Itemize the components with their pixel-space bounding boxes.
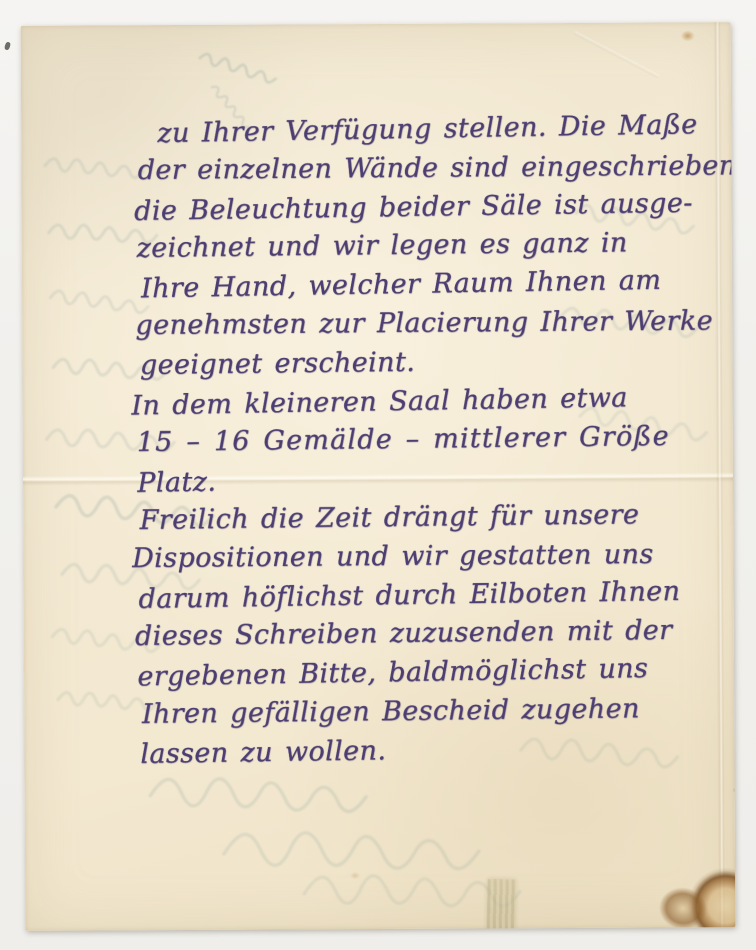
handwritten-line: lassen zu wollen.: [140, 727, 701, 774]
letter-body: zu Ihrer Verfügung stellen. Die Maße der…: [133, 108, 700, 774]
letter-paper: zu Ihrer Verfügung stellen. Die Maße der…: [21, 22, 736, 931]
handwritten-line: genehmsten zur Placierung Ihrer Werke: [135, 303, 695, 346]
background-speck: [4, 41, 11, 50]
handwritten-line: zu Ihrer Verfügung stellen. Die Maße: [157, 106, 694, 154]
handwritten-line: Ihre Hand, welcher Raum Ihnen am: [141, 261, 696, 309]
handwritten-line: darum höflichst durch Eilboten Ihnen: [138, 572, 699, 619]
tape-residue-mark: [487, 879, 516, 930]
handwritten-line: die Beleuchtung beider Säle ist ausge-: [134, 184, 695, 231]
handwritten-line: Freilich die Zeit drängt für unsere: [139, 496, 697, 541]
handwritten-line: der einzelnen Wände sind eingeschrieben,: [138, 147, 694, 190]
scanned-letter: zu Ihrer Verfügung stellen. Die Maße der…: [0, 0, 756, 950]
handwritten-line: Dispositionen und wir gestatten uns: [132, 535, 698, 578]
